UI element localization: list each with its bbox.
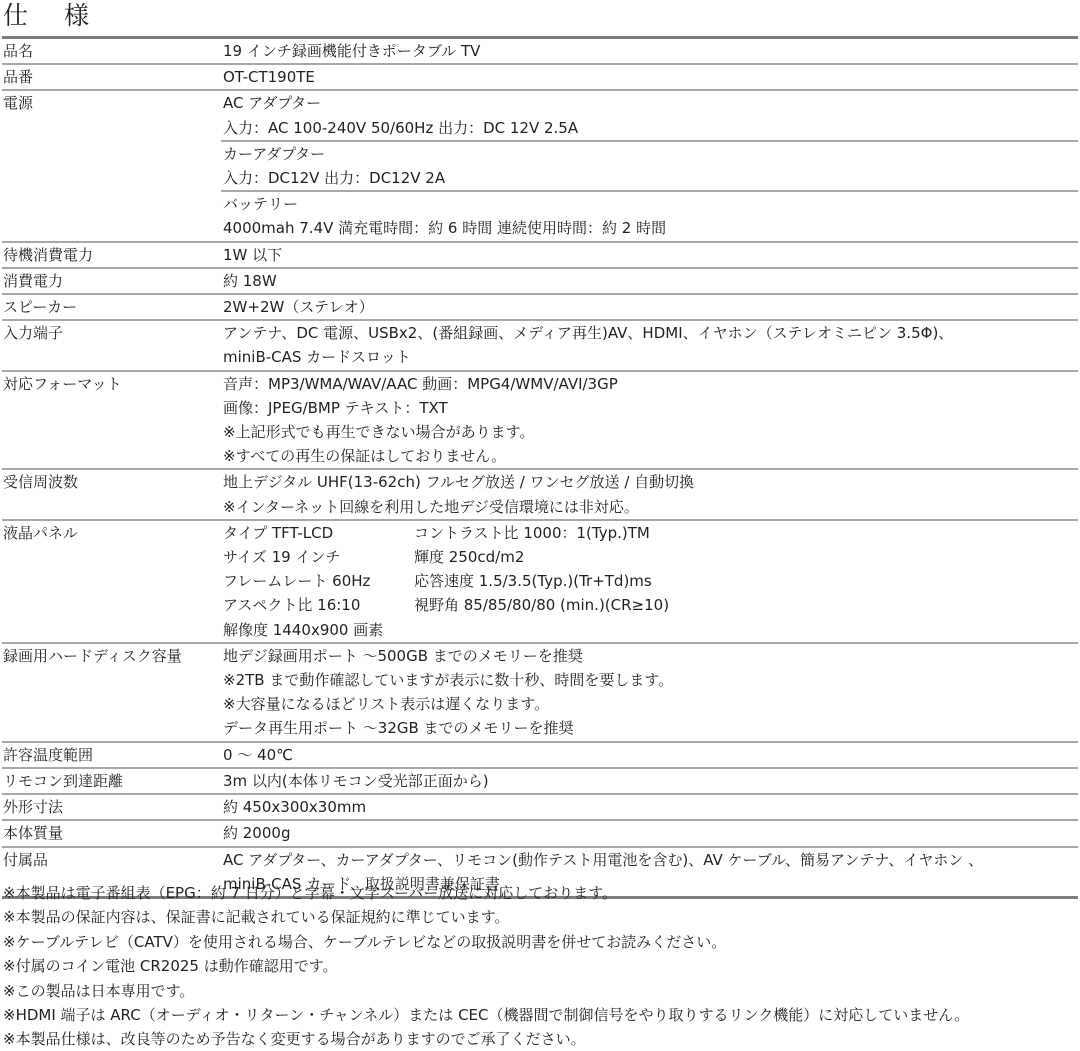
spec-value: 画像：JPEG/BMP テキスト：TXT (221, 396, 1078, 420)
footnote: ※付属のコイン電池 CR2025 は動作確認用です。 (3, 954, 969, 978)
lcd-cell: 輝度 250cd/m2 (414, 545, 524, 569)
spec-row-reception: 受信周波数 地上デジタル UHF(13-62ch) フルセグ放送 / ワンセグ放… (2, 470, 1078, 520)
spec-value: ※すべての再生の保証はしておりません。 (221, 444, 1078, 468)
lcd-row: サイズ 19 インチ 輝度 250cd/m2 (221, 545, 1078, 569)
spec-table: 品名 19 インチ録画機能付きポータブル TV 品番 OT-CT190TE 電源… (2, 36, 1078, 899)
spec-value: カーアダプター (221, 142, 1078, 166)
spec-row-inputs: 入力端子 アンテナ、DC 電源、USBx2、(番組録画、メディア再生)AV、HD… (2, 321, 1078, 371)
footnote: ※この製品は日本専用です。 (3, 979, 969, 1003)
spec-value: 19 インチ録画機能付きポータブル TV (221, 39, 1078, 63)
lcd-cell: アスペクト比 16:10 (223, 593, 414, 617)
spec-row-power-consumption: 消費電力 約 18W (2, 269, 1078, 295)
spec-label: 電源 (2, 91, 221, 240)
lcd-cell: フレームレート 60Hz (223, 569, 414, 593)
spec-label: リモコン到達距離 (2, 769, 221, 793)
spec-row-lcd: 液晶パネル タイプ TFT-LCD コントラスト比 1000：1(Typ.)TM… (2, 521, 1078, 644)
spec-label: 液晶パネル (2, 521, 221, 642)
spec-value: 地上デジタル UHF(13-62ch) フルセグ放送 / ワンセグ放送 / 自動… (221, 470, 1078, 494)
spec-label: 受信周波数 (2, 470, 221, 518)
spec-value: 4000mah 7.4V 満充電時間：約 6 時間 連続使用時間：約 2 時間 (221, 216, 1078, 240)
footnote: ※HDMI 端子は ARC（オーディオ・リターン・チャンネル）または CEC（機… (3, 1003, 969, 1027)
spec-value: ※上記形式でも再生できない場合があります。 (221, 420, 1078, 444)
spec-label: 品名 (2, 39, 221, 63)
lcd-cell: タイプ TFT-LCD (223, 521, 414, 545)
lcd-row: フレームレート 60Hz 応答速度 1.5/3.5(Typ.)(Tr+Td)ms (221, 569, 1078, 593)
lcd-cell: コントラスト比 1000：1(Typ.)TM (414, 521, 650, 545)
spec-value: ※2TB まで動作確認していますが表示に数十秒、時間を要します。 (221, 668, 1078, 692)
spec-row-speaker: スピーカー 2W+2W（ステレオ） (2, 295, 1078, 321)
lcd-cell: サイズ 19 インチ (223, 545, 414, 569)
page-title: 仕 様 (3, 0, 103, 32)
footnote: ※本製品仕様は、改良等のため予告なく変更する場合がありますのでご承了ください。 (3, 1027, 969, 1051)
spec-row-model: 品番 OT-CT190TE (2, 65, 1078, 91)
spec-label: 録画用ハードディスク容量 (2, 644, 221, 741)
spec-value: 地デジ録画用ポート ～500GB までのメモリーを推奨 (221, 644, 1078, 668)
spec-label: 対応フォーマット (2, 372, 221, 469)
lcd-row: 解像度 1440x900 画素 (221, 618, 1078, 642)
footnote: ※ケーブルテレビ（CATV）を使用される場合、ケーブルテレビなどの取扱説明書を併… (3, 930, 969, 954)
spec-value: 0 ～ 40℃ (221, 743, 1078, 767)
spec-row-name: 品名 19 インチ録画機能付きポータブル TV (2, 39, 1078, 65)
power-ac-adapter: AC アダプター 入力：AC 100-240V 50/60Hz 出力：DC 12… (221, 91, 1078, 141)
spec-value: 入力：AC 100-240V 50/60Hz 出力：DC 12V 2.5A (221, 116, 1078, 140)
spec-value: アンテナ、DC 電源、USBx2、(番組録画、メディア再生)AV、HDMI、イヤ… (221, 321, 1078, 345)
spec-value: miniB-CAS カードスロット (221, 345, 1078, 369)
lcd-cell: 応答速度 1.5/3.5(Typ.)(Tr+Td)ms (414, 569, 652, 593)
spec-row-formats: 対応フォーマット 音声：MP3/WMA/WAV/AAC 動画：MPG4/WMV/… (2, 372, 1078, 471)
spec-row-remote-range: リモコン到達距離 3m 以内(本体リモコン受光部正面から) (2, 769, 1078, 795)
power-battery: バッテリー 4000mah 7.4V 満充電時間：約 6 時間 連続使用時間：約… (221, 192, 1078, 240)
spec-value: データ再生用ポート ～32GB までのメモリーを推奨 (221, 716, 1078, 740)
spec-row-weight: 本体質量 約 2000g (2, 821, 1078, 847)
spec-value: OT-CT190TE (221, 65, 1078, 89)
spec-value: AC アダプター (221, 91, 1078, 115)
spec-value: ※インターネット回線を利用した地デジ受信環境には非対応。 (221, 495, 1078, 519)
spec-label: 品番 (2, 65, 221, 89)
footnote: ※本製品の保証内容は、保証書に記載されている保証規約に準じています。 (3, 905, 969, 929)
lcd-cell: 解像度 1440x900 画素 (223, 618, 414, 642)
spec-value: 2W+2W（ステレオ） (221, 295, 1078, 319)
lcd-row: タイプ TFT-LCD コントラスト比 1000：1(Typ.)TM (221, 521, 1078, 545)
lcd-cell: 視野角 85/85/80/80 (min.)(CR≥10) (414, 593, 669, 617)
spec-row-standby-power: 待機消費電力 1W 以下 (2, 243, 1078, 269)
spec-row-power: 電源 AC アダプター 入力：AC 100-240V 50/60Hz 出力：DC… (2, 91, 1078, 242)
spec-value: 3m 以内(本体リモコン受光部正面から) (221, 769, 1078, 793)
spec-label: 入力端子 (2, 321, 221, 369)
spec-label: 本体質量 (2, 821, 221, 845)
spec-value: 1W 以下 (221, 243, 1078, 267)
spec-row-dimensions: 外形寸法 約 450x300x30mm (2, 795, 1078, 821)
spec-value: 約 18W (221, 269, 1078, 293)
spec-value: 約 450x300x30mm (221, 795, 1078, 819)
spec-value: AC アダプター、カーアダプター、リモコン(動作テスト用電池を含む)、AV ケー… (221, 848, 1078, 872)
footnote: ※本製品は電子番組表（EPG：約 7 日分）と字幕・文字スーパー放送に対応してお… (3, 881, 969, 905)
spec-label: スピーカー (2, 295, 221, 319)
spec-label: 待機消費電力 (2, 243, 221, 267)
spec-label: 消費電力 (2, 269, 221, 293)
spec-value: ※大容量になるほどリスト表示は遅くなります。 (221, 692, 1078, 716)
spec-row-temperature: 許容温度範囲 0 ～ 40℃ (2, 743, 1078, 769)
spec-label: 許容温度範囲 (2, 743, 221, 767)
lcd-row: アスペクト比 16:10 視野角 85/85/80/80 (min.)(CR≥1… (221, 593, 1078, 617)
spec-value: 約 2000g (221, 821, 1078, 845)
power-car-adapter: カーアダプター 入力：DC12V 出力：DC12V 2A (221, 142, 1078, 192)
spec-value: 入力：DC12V 出力：DC12V 2A (221, 166, 1078, 190)
spec-value: 音声：MP3/WMA/WAV/AAC 動画：MPG4/WMV/AVI/3GP (221, 372, 1078, 396)
spec-row-hdd: 録画用ハードディスク容量 地デジ録画用ポート ～500GB までのメモリーを推奨… (2, 644, 1078, 743)
footnotes: ※本製品は電子番組表（EPG：約 7 日分）と字幕・文字スーパー放送に対応してお… (3, 881, 969, 1051)
spec-value: バッテリー (221, 192, 1078, 216)
spec-label: 外形寸法 (2, 795, 221, 819)
